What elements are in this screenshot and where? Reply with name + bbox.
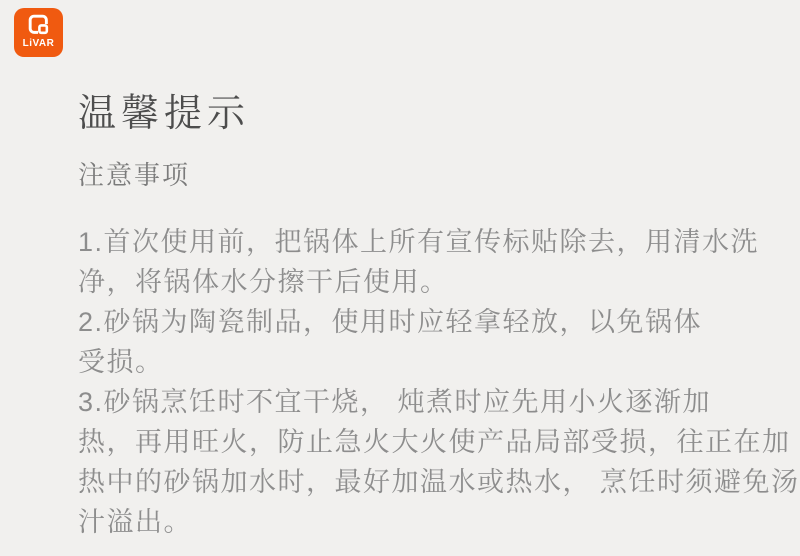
notice-list: 1.首次使用前，把锅体上所有宣传标贴除去，用清水洗 净，将锅体水分擦干后使用。 … (78, 222, 758, 542)
notice-line: 热中的砂锅加水时，最好加温水或热水， 烹饪时须避免汤 (78, 462, 758, 502)
notice-line: 3.砂锅烹饪时不宜干烧， 炖煮时应先用小火逐渐加 (78, 382, 758, 422)
notice-line: 热，再用旺火，防止急火大火使产品局部受损，往正在加 (78, 422, 758, 462)
notice-line: 2.砂锅为陶瓷制品，使用时应轻拿轻放，以免锅体 (78, 302, 758, 342)
notice-item-2: 2.砂锅为陶瓷制品，使用时应轻拿轻放，以免锅体 受损。 (78, 302, 758, 382)
notice-item-1: 1.首次使用前，把锅体上所有宣传标贴除去，用清水洗 净，将锅体水分擦干后使用。 (78, 222, 758, 302)
notice-line: 1.首次使用前，把锅体上所有宣传标贴除去，用清水洗 (78, 222, 758, 262)
page-title: 温馨提示 (78, 92, 250, 136)
interlocked-squares-icon (25, 11, 52, 38)
page-subtitle: 注意事项 (78, 159, 190, 191)
notice-line: 汁溢出。 (78, 502, 758, 542)
brand-logo: LiVAR (14, 8, 63, 57)
brand-name: LiVAR (23, 39, 55, 49)
notice-item-3: 3.砂锅烹饪时不宜干烧， 炖煮时应先用小火逐渐加 热，再用旺火，防止急火大火使产… (78, 382, 758, 542)
notice-line: 受损。 (78, 342, 758, 382)
notice-line: 净，将锅体水分擦干后使用。 (78, 262, 758, 302)
